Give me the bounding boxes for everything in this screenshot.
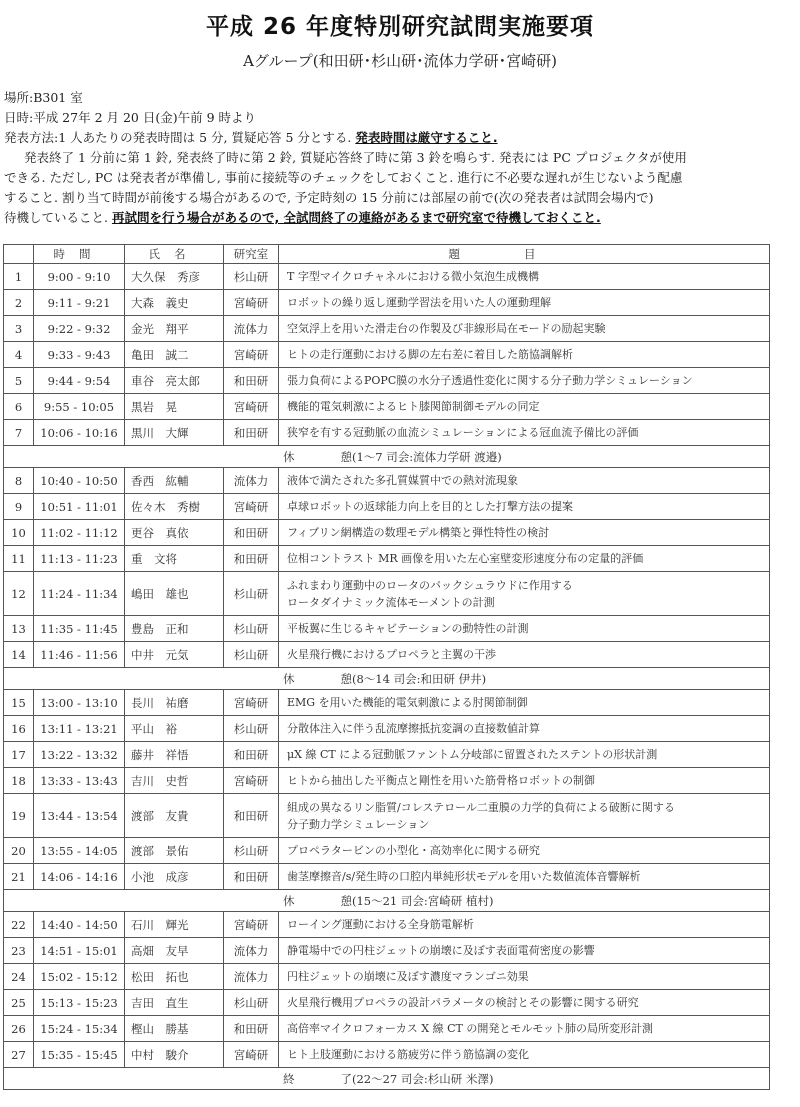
row-lab: 宮崎研 [224, 494, 279, 520]
row-presenter: 渡部 景佑 [125, 838, 224, 864]
row-title: ローイング運動における全身筋電解析 [279, 912, 770, 938]
break-label-b: 憩(15〜21 司会:宮崎研 植村) [341, 894, 494, 908]
row-time: 14:40 - 14:50 [34, 912, 125, 938]
col-header-time: 時間 [34, 245, 125, 264]
title-line: ヒトの走行運動における脚の左右差に着目した筋協調解析 [287, 346, 769, 363]
row-title: 組成の異なるリン脂質/コレステロール二重膜の力学的負荷による破断に関する分子動力… [279, 794, 770, 838]
row-presenter: 松田 拓也 [125, 964, 224, 990]
break-label: 休憩(1〜7 司会:流体力学研 渡邉) [4, 446, 770, 468]
table-row: 1713:22 - 13:32藤井 祥悟和田研μX 線 CT による冠動脈ファン… [4, 742, 770, 768]
row-time: 10:40 - 10:50 [34, 468, 125, 494]
break-label-a: 休 [283, 894, 295, 908]
instructions-emphasis: 再試問を行う場合があるので, 全試問終了の連絡があるまで研究室で待機しておくこと… [112, 210, 601, 225]
row-number: 26 [4, 1016, 34, 1042]
row-presenter: 藤井 祥悟 [125, 742, 224, 768]
row-presenter: 高畑 友早 [125, 938, 224, 964]
instructions-line-2: できる. ただし, PC は発表者が準備し, 事前に接続等のチェックをしておくこ… [4, 168, 794, 188]
row-lab: 宮崎研 [224, 1042, 279, 1068]
row-lab: 宮崎研 [224, 768, 279, 794]
row-time: 9:44 - 9:54 [34, 368, 125, 394]
row-lab: 和田研 [224, 546, 279, 572]
title-line: 火星飛行機におけるプロペラと主翼の干渉 [287, 646, 769, 663]
row-lab: 宮崎研 [224, 394, 279, 420]
title-line: 火星飛行機用プロペラの設計パラメータの検討とその影響に関する研究 [287, 994, 769, 1011]
row-lab: 流体力 [224, 964, 279, 990]
row-presenter: 佐々木 秀樹 [125, 494, 224, 520]
row-lab: 流体力 [224, 316, 279, 342]
table-row: 2013:55 - 14:05渡部 景佑杉山研プロペラタービンの小型化・高効率化… [4, 838, 770, 864]
row-title: 平板翼に生じるキャビテーションの動特性の計測 [279, 616, 770, 642]
row-title: EMG を用いた機能的電気刺激による肘関節制御 [279, 690, 770, 716]
row-time: 9:22 - 9:32 [34, 316, 125, 342]
row-title: 歯茎摩擦音/s/発生時の口腔内単純形状モデルを用いた数値流体音響解析 [279, 864, 770, 890]
method-emphasis: 発表時間は厳守すること. [355, 130, 497, 145]
title-line: ローイング運動における全身筋電解析 [287, 916, 769, 933]
row-time: 9:00 - 9:10 [34, 264, 125, 290]
info-block: 場所:B301 室 日時:平成 27年 2 月 20 日(金)午前 9 時より … [4, 88, 794, 228]
table-row: 1613:11 - 13:21平山 裕杉山研分散体注入に伴う乱流摩擦抵抗変調の直… [4, 716, 770, 742]
row-lab: 杉山研 [224, 838, 279, 864]
table-row: 910:51 - 11:01佐々木 秀樹宮崎研卓球ロボットの返球能力向上を目的と… [4, 494, 770, 520]
row-time: 13:11 - 13:21 [34, 716, 125, 742]
row-number: 9 [4, 494, 34, 520]
row-time: 13:44 - 13:54 [34, 794, 125, 838]
table-header-row: 時間 氏名 研究室 題目 [4, 245, 770, 264]
row-title: 静電場中での円柱ジェットの崩壊に及ぼす表面電荷密度の影響 [279, 938, 770, 964]
table-row: 1111:13 - 11:23重 文将和田研位相コントラスト MR 画像を用いた… [4, 546, 770, 572]
row-lab: 流体力 [224, 468, 279, 494]
table-row: 19:00 - 9:10大久保 秀彦杉山研T 字型マイクロチャネルにおける微小気… [4, 264, 770, 290]
row-number: 25 [4, 990, 34, 1016]
row-lab: 杉山研 [224, 264, 279, 290]
instructions-line-3: すること. 割り当て時間が前後する場合があるので, 予定時刻の 15 分前には部… [4, 188, 794, 208]
title-line: プロペラタービンの小型化・高効率化に関する研究 [287, 842, 769, 859]
table-row: 2515:13 - 15:23吉田 直生杉山研火星飛行機用プロペラの設計パラメー… [4, 990, 770, 1016]
row-time: 15:02 - 15:12 [34, 964, 125, 990]
row-number: 20 [4, 838, 34, 864]
row-presenter: 黒岩 晃 [125, 394, 224, 420]
row-number: 27 [4, 1042, 34, 1068]
row-presenter: 石川 輝光 [125, 912, 224, 938]
table-row: 2214:40 - 14:50石川 輝光宮崎研ローイング運動における全身筋電解析 [4, 912, 770, 938]
row-number: 8 [4, 468, 34, 494]
table-row: 1411:46 - 11:56中井 元気杉山研火星飛行機におけるプロペラと主翼の… [4, 642, 770, 668]
row-number: 23 [4, 938, 34, 964]
row-title: 分散体注入に伴う乱流摩擦抵抗変調の直接数値計算 [279, 716, 770, 742]
break-row: 終了(22〜27 司会:杉山研 米澤) [4, 1068, 770, 1090]
row-time: 15:35 - 15:45 [34, 1042, 125, 1068]
row-title: μX 線 CT による冠動脈ファントム分岐部に留置されたステントの形状計測 [279, 742, 770, 768]
row-title: フィブリン網構造の数理モデル構築と弾性特性の検討 [279, 520, 770, 546]
break-label: 休憩(15〜21 司会:宮崎研 植村) [4, 890, 770, 912]
row-number: 6 [4, 394, 34, 420]
row-number: 2 [4, 290, 34, 316]
row-number: 19 [4, 794, 34, 838]
row-time: 9:33 - 9:43 [34, 342, 125, 368]
row-title: 卓球ロボットの返球能力向上を目的とした打撃方法の提案 [279, 494, 770, 520]
row-lab: 杉山研 [224, 642, 279, 668]
row-number: 24 [4, 964, 34, 990]
row-title: 火星飛行機用プロペラの設計パラメータの検討とその影響に関する研究 [279, 990, 770, 1016]
table-row: 810:40 - 10:50香西 紘輔流体力液体で満たされた多孔質媒質中での熱対… [4, 468, 770, 494]
row-time: 13:33 - 13:43 [34, 768, 125, 794]
row-time: 15:24 - 15:34 [34, 1016, 125, 1042]
row-title: ヒトから抽出した平衡点と剛性を用いた筋骨格ロボットの制御 [279, 768, 770, 794]
title-line: 張力負荷によるPOPC膜の水分子透過性変化に関する分子動力学シミュレーション [287, 372, 769, 389]
title-line: ふれまわり運動中のロータのバックシュラウドに作用する [287, 577, 769, 594]
table-row: 39:22 - 9:32金光 翔平流体力空気浮上を用いた滑走台の作製及び非線形局… [4, 316, 770, 342]
title-line: フィブリン網構造の数理モデル構築と弾性特性の検討 [287, 524, 769, 541]
row-presenter: 金光 翔平 [125, 316, 224, 342]
row-title: 狭窄を有する冠動脈の血流シミュレーションによる冠血流予備比の評価 [279, 420, 770, 446]
table-row: 29:11 - 9:21大森 義史宮崎研ロボットの繰り返し運動学習法を用いた人の… [4, 290, 770, 316]
row-title: ロボットの繰り返し運動学習法を用いた人の運動理解 [279, 290, 770, 316]
row-time: 9:11 - 9:21 [34, 290, 125, 316]
row-number: 21 [4, 864, 34, 890]
col-header-name: 氏名 [125, 245, 224, 264]
row-time: 14:06 - 14:16 [34, 864, 125, 890]
row-lab: 宮崎研 [224, 342, 279, 368]
title-line: 狭窄を有する冠動脈の血流シミュレーションによる冠血流予備比の評価 [287, 424, 769, 441]
row-title: ヒトの走行運動における脚の左右差に着目した筋協調解析 [279, 342, 770, 368]
table-row: 49:33 - 9:43亀田 誠二宮崎研ヒトの走行運動における脚の左右差に着目し… [4, 342, 770, 368]
break-label: 休憩(8〜14 司会:和田研 伊井) [4, 668, 770, 690]
row-time: 11:35 - 11:45 [34, 616, 125, 642]
title-line: 分子動力学シミュレーション [287, 816, 769, 833]
title-line: 卓球ロボットの返球能力向上を目的とした打撃方法の提案 [287, 498, 769, 515]
location-text: 場所:B301 室 [4, 88, 794, 108]
title-line: ロータダイナミック流体モーメントの計測 [287, 594, 769, 611]
break-label-b: 了(22〜27 司会:杉山研 米澤) [341, 1072, 494, 1086]
row-lab: 杉山研 [224, 572, 279, 616]
instructions-line-1: 発表終了 1 分前に第 1 鈴, 発表終了時に第 2 鈴, 質疑応答終了時に第 … [4, 148, 794, 168]
table-row: 69:55 - 10:05黒岩 晃宮崎研機能的電気刺激によるヒト膝関節制御モデル… [4, 394, 770, 420]
title-line: 分散体注入に伴う乱流摩擦抵抗変調の直接数値計算 [287, 720, 769, 737]
title-line: 機能的電気刺激によるヒト膝関節制御モデルの同定 [287, 398, 769, 415]
row-number: 5 [4, 368, 34, 394]
row-lab: 宮崎研 [224, 690, 279, 716]
row-time: 13:00 - 13:10 [34, 690, 125, 716]
row-presenter: 豊島 正和 [125, 616, 224, 642]
table-row: 1311:35 - 11:45豊島 正和杉山研平板翼に生じるキャビテーションの動… [4, 616, 770, 642]
row-time: 11:46 - 11:56 [34, 642, 125, 668]
row-presenter: 大久保 秀彦 [125, 264, 224, 290]
title-line: 高倍率マイクロフォーカス X 線 CT の開発とモルモット肺の局所変形計測 [287, 1020, 769, 1037]
row-number: 7 [4, 420, 34, 446]
row-presenter: 中井 元気 [125, 642, 224, 668]
break-label-b: 憩(1〜7 司会:流体力学研 渡邉) [341, 450, 502, 464]
row-lab: 杉山研 [224, 990, 279, 1016]
row-presenter: 車谷 亮太郎 [125, 368, 224, 394]
row-lab: 和田研 [224, 742, 279, 768]
title-line: ヒト上肢運動における筋疲労に伴う筋協調の変化 [287, 1046, 769, 1063]
row-presenter: 平山 裕 [125, 716, 224, 742]
row-number: 15 [4, 690, 34, 716]
row-presenter: 吉川 史哲 [125, 768, 224, 794]
schedule-table: 時間 氏名 研究室 題目 19:00 - 9:10大久保 秀彦杉山研T 字型マイ… [3, 244, 770, 1090]
table-row: 59:44 - 9:54車谷 亮太郎和田研張力負荷によるPOPC膜の水分子透過性… [4, 368, 770, 394]
row-number: 11 [4, 546, 34, 572]
row-number: 16 [4, 716, 34, 742]
row-presenter: 亀田 誠二 [125, 342, 224, 368]
row-title: 高倍率マイクロフォーカス X 線 CT の開発とモルモット肺の局所変形計測 [279, 1016, 770, 1042]
table-row: 1011:02 - 11:12更谷 真依和田研フィブリン網構造の数理モデル構築と… [4, 520, 770, 546]
table-row: 1913:44 - 13:54渡部 友貴和田研組成の異なるリン脂質/コレステロー… [4, 794, 770, 838]
table-row: 2615:24 - 15:34樫山 勝基和田研高倍率マイクロフォーカス X 線 … [4, 1016, 770, 1042]
row-title: プロペラタービンの小型化・高効率化に関する研究 [279, 838, 770, 864]
title-line: μX 線 CT による冠動脈ファントム分岐部に留置されたステントの形状計測 [287, 746, 769, 763]
row-title: 液体で満たされた多孔質媒質中での熱対流現象 [279, 468, 770, 494]
row-title: T 字型マイクロチャネルにおける微小気泡生成機構 [279, 264, 770, 290]
row-lab: 流体力 [224, 938, 279, 964]
break-label: 終了(22〜27 司会:杉山研 米澤) [4, 1068, 770, 1090]
row-presenter: 香西 紘輔 [125, 468, 224, 494]
row-title: ふれまわり運動中のロータのバックシュラウドに作用するロータダイナミック流体モーメ… [279, 572, 770, 616]
row-lab: 和田研 [224, 1016, 279, 1042]
row-number: 17 [4, 742, 34, 768]
col-header-lab: 研究室 [224, 245, 279, 264]
title-line: 円柱ジェットの崩壊に及ぼす濃度マランゴニ効果 [287, 968, 769, 985]
row-title: 位相コントラスト MR 画像を用いた左心室壁変形速度分布の定量的評価 [279, 546, 770, 572]
row-presenter: 重 文将 [125, 546, 224, 572]
table-row: 2415:02 - 15:12松田 拓也流体力円柱ジェットの崩壊に及ぼす濃度マラ… [4, 964, 770, 990]
row-title: 張力負荷によるPOPC膜の水分子透過性変化に関する分子動力学シミュレーション [279, 368, 770, 394]
row-time: 11:24 - 11:34 [34, 572, 125, 616]
row-number: 18 [4, 768, 34, 794]
break-row: 休憩(15〜21 司会:宮崎研 植村) [4, 890, 770, 912]
title-line: T 字型マイクロチャネルにおける微小気泡生成機構 [287, 268, 769, 285]
break-label-a: 休 [283, 450, 295, 464]
datetime-text: 日時:平成 27年 2 月 20 日(金)午前 9 時より [4, 108, 794, 128]
row-presenter: 小池 成彦 [125, 864, 224, 890]
row-title: 火星飛行機におけるプロペラと主翼の干渉 [279, 642, 770, 668]
row-presenter: 黒川 大輝 [125, 420, 224, 446]
row-lab: 和田研 [224, 520, 279, 546]
row-lab: 和田研 [224, 420, 279, 446]
row-presenter: 大森 義史 [125, 290, 224, 316]
row-time: 10:51 - 11:01 [34, 494, 125, 520]
title-line: ロボットの繰り返し運動学習法を用いた人の運動理解 [287, 294, 769, 311]
row-time: 11:13 - 11:23 [34, 546, 125, 572]
title-line: 液体で満たされた多孔質媒質中での熱対流現象 [287, 472, 769, 489]
break-label-a: 終 [283, 1072, 295, 1086]
row-title: 空気浮上を用いた滑走台の作製及び非線形局在モードの励起実験 [279, 316, 770, 342]
title-line: ヒトから抽出した平衡点と剛性を用いた筋骨格ロボットの制御 [287, 772, 769, 789]
table-row: 710:06 - 10:16黒川 大輝和田研狭窄を有する冠動脈の血流シミュレーシ… [4, 420, 770, 446]
title-line: 位相コントラスト MR 画像を用いた左心室壁変形速度分布の定量的評価 [287, 550, 769, 567]
row-lab: 和田研 [224, 368, 279, 394]
title-line: 平板翼に生じるキャビテーションの動特性の計測 [287, 620, 769, 637]
instructions-line-4: 待機していること. 再試問を行う場合があるので, 全試問終了の連絡があるまで研究… [4, 208, 794, 228]
break-row: 休憩(8〜14 司会:和田研 伊井) [4, 668, 770, 690]
row-presenter: 樫山 勝基 [125, 1016, 224, 1042]
row-number: 4 [4, 342, 34, 368]
row-number: 22 [4, 912, 34, 938]
break-label-b: 憩(8〜14 司会:和田研 伊井) [341, 672, 487, 686]
instructions-text: 待機していること. [4, 210, 112, 225]
row-presenter: 渡部 友貴 [125, 794, 224, 838]
col-header-title: 題目 [279, 245, 770, 264]
table-row: 1813:33 - 13:43吉川 史哲宮崎研ヒトから抽出した平衡点と剛性を用い… [4, 768, 770, 794]
row-title: 機能的電気刺激によるヒト膝関節制御モデルの同定 [279, 394, 770, 420]
row-time: 15:13 - 15:23 [34, 990, 125, 1016]
break-label-a: 休 [283, 672, 295, 686]
row-number: 14 [4, 642, 34, 668]
title-line: EMG を用いた機能的電気刺激による肘関節制御 [287, 694, 769, 711]
title-line: 歯茎摩擦音/s/発生時の口腔内単純形状モデルを用いた数値流体音響解析 [287, 868, 769, 885]
break-row: 休憩(1〜7 司会:流体力学研 渡邉) [4, 446, 770, 468]
row-time: 14:51 - 15:01 [34, 938, 125, 964]
row-title: ヒト上肢運動における筋疲労に伴う筋協調の変化 [279, 1042, 770, 1068]
row-time: 10:06 - 10:16 [34, 420, 125, 446]
table-row: 2715:35 - 15:45中村 駿介宮崎研ヒト上肢運動における筋疲労に伴う筋… [4, 1042, 770, 1068]
method-text: 発表方法:1 人あたりの発表時間は 5 分, 質疑応答 5 分とする. [4, 130, 355, 145]
row-number: 10 [4, 520, 34, 546]
row-title: 円柱ジェットの崩壊に及ぼす濃度マランゴニ効果 [279, 964, 770, 990]
row-number: 13 [4, 616, 34, 642]
row-time: 13:22 - 13:32 [34, 742, 125, 768]
row-lab: 宮崎研 [224, 290, 279, 316]
row-lab: 杉山研 [224, 716, 279, 742]
table-row: 2114:06 - 14:16小池 成彦和田研歯茎摩擦音/s/発生時の口腔内単純… [4, 864, 770, 890]
row-lab: 宮崎研 [224, 912, 279, 938]
row-presenter: 中村 駿介 [125, 1042, 224, 1068]
row-presenter: 長川 祐磨 [125, 690, 224, 716]
table-row: 2314:51 - 15:01高畑 友早流体力静電場中での円柱ジェットの崩壊に及… [4, 938, 770, 964]
group-subtitle: Aグループ(和田研･杉山研･流体力学研･宮崎研) [0, 50, 800, 71]
row-number: 12 [4, 572, 34, 616]
row-presenter: 嶋田 雄也 [125, 572, 224, 616]
col-header-no [4, 245, 34, 264]
row-number: 3 [4, 316, 34, 342]
row-lab: 和田研 [224, 794, 279, 838]
row-time: 13:55 - 14:05 [34, 838, 125, 864]
row-time: 9:55 - 10:05 [34, 394, 125, 420]
row-presenter: 更谷 真依 [125, 520, 224, 546]
row-time: 11:02 - 11:12 [34, 520, 125, 546]
title-line: 組成の異なるリン脂質/コレステロール二重膜の力学的負荷による破断に関する [287, 799, 769, 816]
row-lab: 杉山研 [224, 616, 279, 642]
row-number: 1 [4, 264, 34, 290]
table-row: 1211:24 - 11:34嶋田 雄也杉山研ふれまわり運動中のロータのバックシ… [4, 572, 770, 616]
page-title: 平成 26 年度特別研究試問実施要項 [0, 8, 800, 41]
table-row: 1513:00 - 13:10長川 祐磨宮崎研EMG を用いた機能的電気刺激によ… [4, 690, 770, 716]
title-line: 空気浮上を用いた滑走台の作製及び非線形局在モードの励起実験 [287, 320, 769, 337]
title-line: 静電場中での円柱ジェットの崩壊に及ぼす表面電荷密度の影響 [287, 942, 769, 959]
method-line: 発表方法:1 人あたりの発表時間は 5 分, 質疑応答 5 分とする. 発表時間… [4, 128, 794, 148]
row-lab: 和田研 [224, 864, 279, 890]
row-presenter: 吉田 直生 [125, 990, 224, 1016]
